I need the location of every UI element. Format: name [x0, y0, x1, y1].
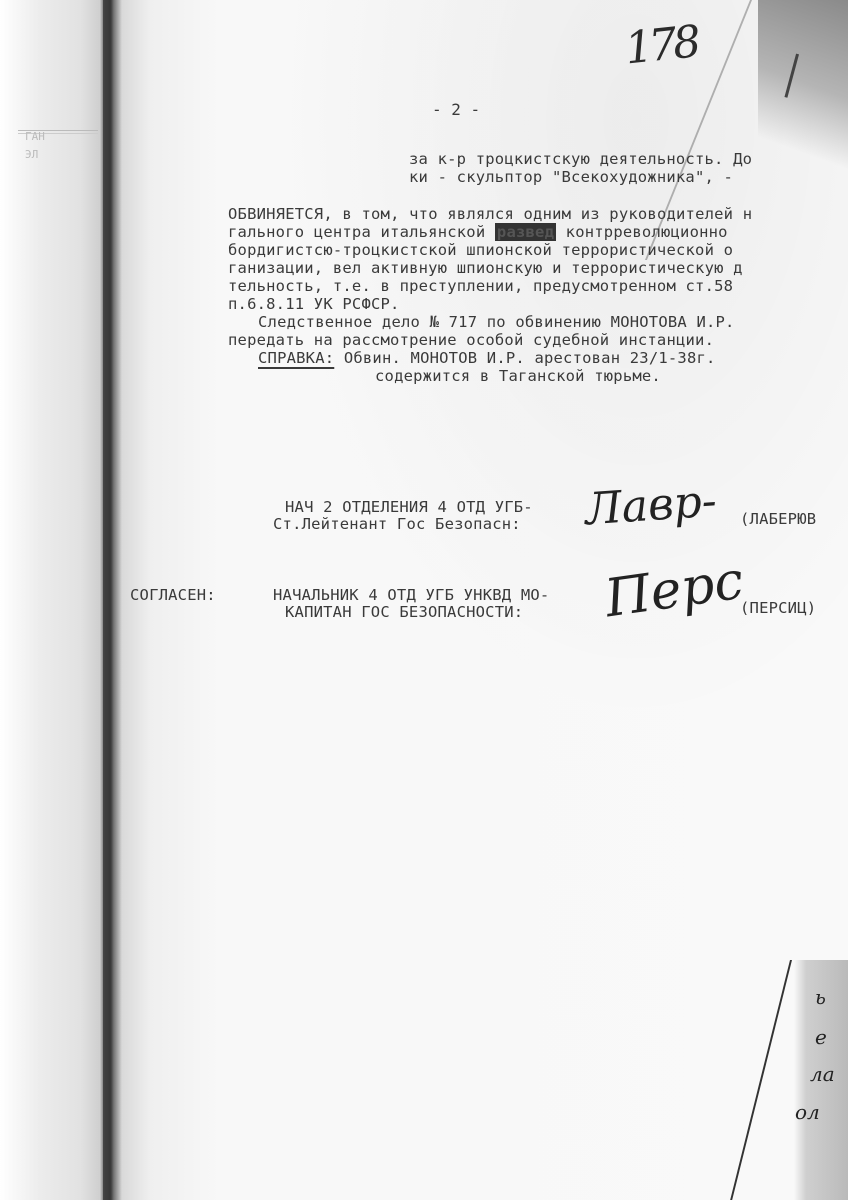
- left-page-ghost-text: ГАН ЭЛ: [25, 128, 45, 164]
- margin-handwriting-1: ь: [815, 985, 826, 1009]
- decision-line-1: Следственное дело № 717 по обвинению МОН…: [258, 313, 735, 331]
- accusation-line-3: бордигистсю-троцкистской шпионской терро…: [228, 241, 733, 259]
- redacted-word: развед: [495, 223, 556, 241]
- accusation-line-4: ганизации, вел активную шпионскую и терр…: [228, 259, 743, 277]
- accusation-line-2: гального центра итальянской развед контр…: [228, 223, 728, 241]
- signatory-1-title: НАЧ 2 ОТДЕЛЕНИЯ 4 ОТД УГБ-: [285, 498, 533, 516]
- signatory-1-name: (ЛАБЕРЮВ: [740, 510, 816, 528]
- decision-line-2: передать на рассмотрение особой судебной…: [228, 331, 714, 349]
- scanned-page: ГАН ЭЛ 178 - 2 - за к-р троцкистскую дея…: [0, 0, 848, 1200]
- folio-number: 178: [623, 16, 700, 74]
- margin-handwriting-4: ол: [795, 1100, 820, 1124]
- signatory-2-name: (ПЕРСИЦ): [740, 599, 816, 617]
- intro-line-1: за к-р троцкистскую деятельность. До: [409, 150, 752, 168]
- margin-handwriting-3: ла: [810, 1062, 835, 1086]
- signatory-1-rank: Ст.Лейтенант Гос Безопасн:: [273, 515, 521, 533]
- signatory-2-rank: КАПИТАН ГОС БЕЗОПАСНОСТИ:: [285, 603, 523, 621]
- signature-1: Лавр-: [583, 475, 718, 535]
- reference-label: СПРАВКА:: [258, 349, 334, 367]
- margin-handwriting-2: е: [815, 1025, 827, 1049]
- binding-spine: [103, 0, 111, 1200]
- agreed-label: СОГЛАСЕН:: [130, 586, 216, 604]
- reference-line-1: СПРАВКА: Обвин. МОНОТОВ И.Р. арестован 2…: [258, 349, 716, 367]
- signature-2: Перс: [601, 551, 747, 630]
- page-number: - 2 -: [432, 100, 480, 119]
- accusation-line-6: п.6.8.11 УК РСФСР.: [228, 295, 400, 313]
- accusation-keyword: ОБВИНЯЕТСЯ: [228, 205, 323, 223]
- reference-line-2: содержится в Таганской тюрьме.: [375, 367, 661, 385]
- signatory-2-title: НАЧАЛЬНИК 4 ОТД УГБ УНКВД МО-: [273, 586, 549, 604]
- intro-line-2: ки - скульптор "Всекохудожника", -: [409, 168, 733, 186]
- accusation-line-1: ОБВИНЯЕТСЯ, в том, что являлся одним из …: [228, 205, 752, 223]
- accusation-line-5: тельность, т.е. в преступлении, предусмо…: [228, 277, 733, 295]
